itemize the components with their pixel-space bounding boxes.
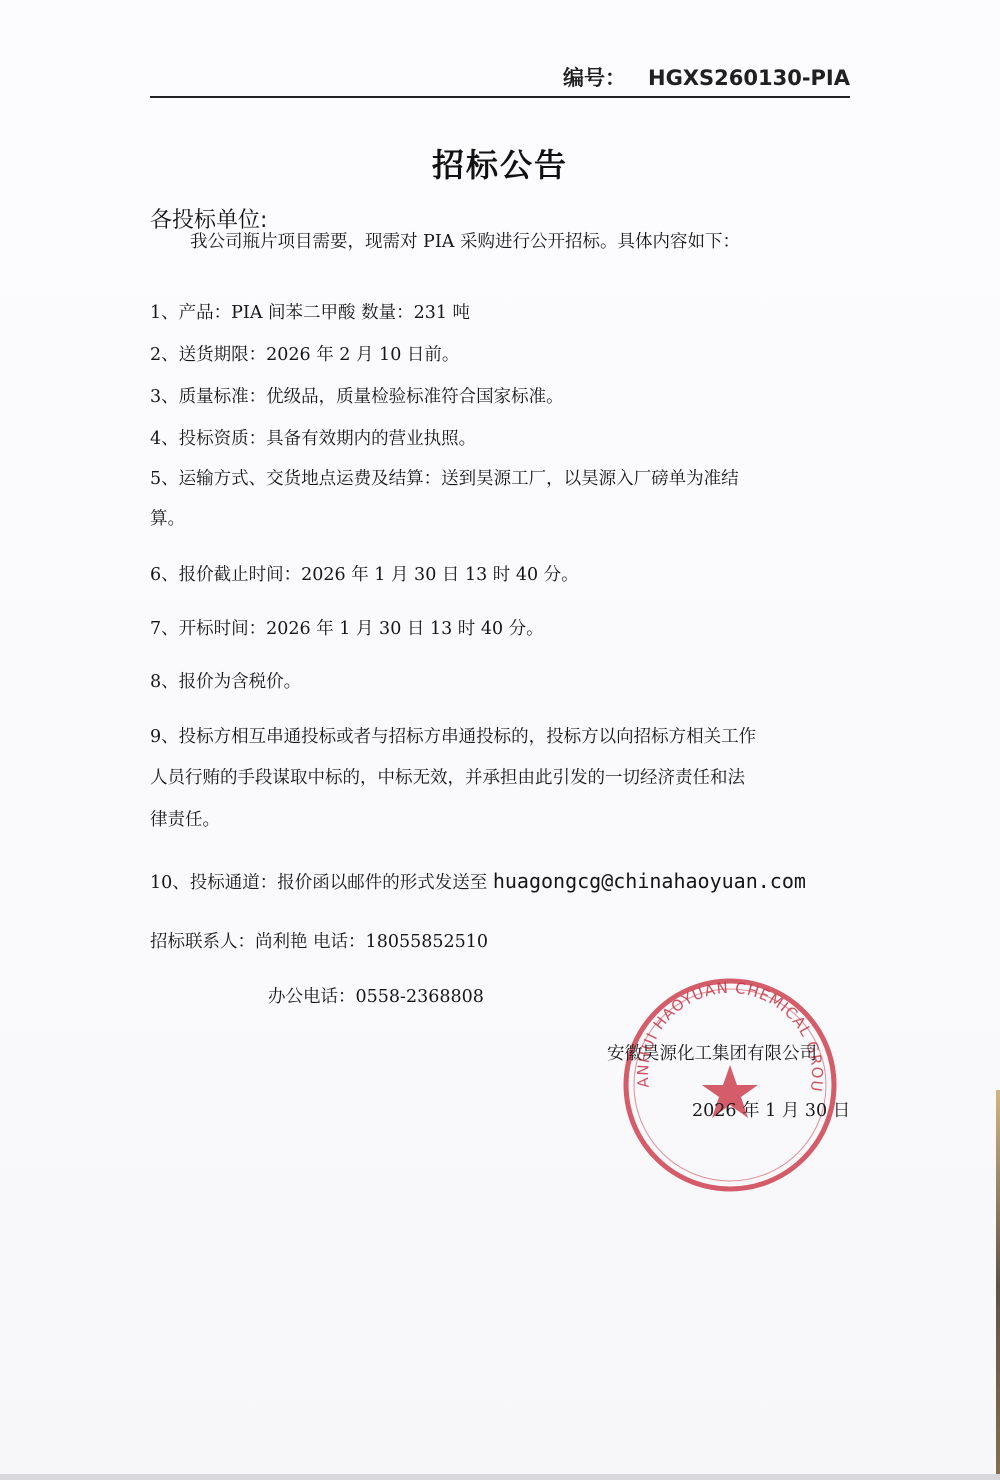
item-8: 8、报价为含税价。 — [150, 668, 301, 693]
item-10-label: 10、投标通道：报价函以邮件的形式发送至 — [150, 873, 493, 893]
item-7: 7、开标时间：2026 年 1 月 30 日 13 时 40 分。 — [150, 615, 544, 640]
item-9-cont-1: 人员行贿的手段谋取中标的，中标无效，并承担由此引发的一切经济责任和法 — [150, 764, 745, 789]
item-5: 5、运输方式、交货地点运费及结算：送到昊源工厂，以昊源入厂磅单为准结 — [150, 465, 739, 490]
paper-bottom-edge — [0, 1474, 1000, 1480]
issue-date: 2026 年 1 月 30 日 — [692, 1097, 850, 1122]
item-2: 2、送货期限：2026 年 2 月 10 日前。 — [150, 341, 459, 366]
svg-text:ANHUI HAOYUAN CHEMICAL GROUP C: ANHUI HAOYUAN CHEMICAL GROUP CO., LTD — [620, 975, 826, 1093]
item-5-cont: 算。 — [150, 505, 185, 530]
document-page: 编号：HGXS260130-PIA 招标公告 各投标单位: 我公司瓶片项目需要，… — [0, 0, 1000, 1480]
issuing-company: 安徽昊源化工集团有限公司 — [607, 1040, 817, 1065]
document-number-value: HGXS260130-PIA — [648, 66, 850, 90]
document-number: 编号：HGXS260130-PIA — [563, 62, 850, 92]
item-3: 3、质量标准：优级品，质量检验标准符合国家标准。 — [150, 383, 564, 408]
item-4: 4、投标资质：具备有效期内的营业执照。 — [150, 425, 476, 450]
item-9: 9、投标方相互串通投标或者与招标方串通投标的，投标方以向招标方相关工作 — [150, 723, 756, 748]
page-title: 招标公告 — [0, 140, 1000, 186]
paper-edge — [996, 1090, 1000, 1480]
header-divider — [150, 96, 850, 98]
office-phone: 办公电话：0558-2368808 — [268, 983, 484, 1008]
item-10: 10、投标通道：报价函以邮件的形式发送至 huagongcg@chinahaoy… — [150, 869, 806, 894]
item-1: 1、产品：PIA 间苯二甲酸 数量：231 吨 — [150, 299, 470, 324]
email-address[interactable]: huagongcg@chinahaoyuan.com — [493, 869, 806, 893]
contact-person: 招标联系人：尚利艳 电话：18055852510 — [150, 928, 488, 953]
intro-paragraph: 我公司瓶片项目需要，现需对 PIA 采购进行公开招标。具体内容如下： — [190, 228, 740, 253]
document-number-label: 编号： — [563, 66, 626, 90]
item-9-cont-2: 律责任。 — [150, 806, 220, 831]
company-seal-icon: ANHUI HAOYUAN CHEMICAL GROUP CO., LTD — [620, 975, 840, 1195]
item-6: 6、报价截止时间：2026 年 1 月 30 日 13 时 40 分。 — [150, 561, 579, 586]
